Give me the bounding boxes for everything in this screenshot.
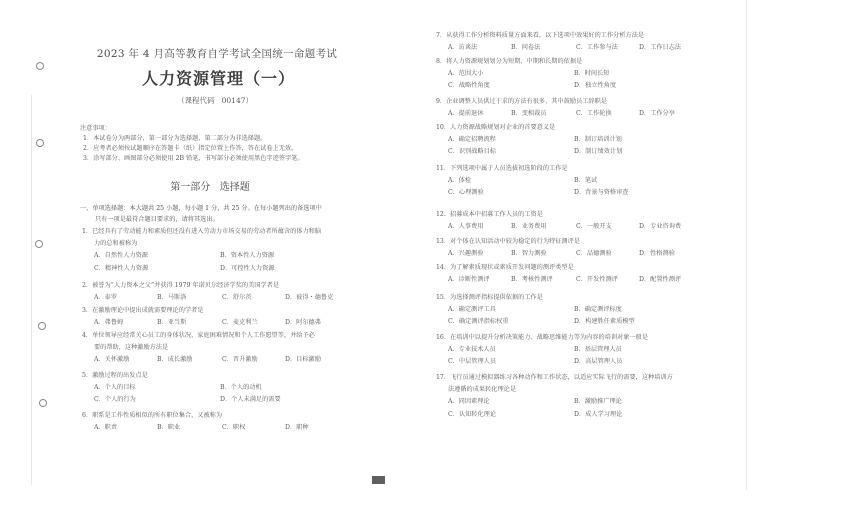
- option-row: A．兴趣测验B．智力测验C．品德测验D．性格测验: [436, 248, 736, 260]
- section-heading-line: 只有一项是最符合题目要求的，请将其选出。: [80, 214, 370, 225]
- question-stem: 12．招募成本中招募工作人员的工资是: [436, 209, 736, 221]
- binding-hole-icon: [35, 240, 43, 248]
- question-stem: 1．已经具有了劳动能力和素质但还没有进入劳动力市场交易的劳动者所蕴含的体力和脑: [82, 226, 382, 238]
- question-stem: 15．为选择测评指标提供依据的工作是: [436, 292, 736, 304]
- option-row: A．个人的目标B．个人的动机: [82, 382, 382, 394]
- answer-option-C: C．认知转化理论: [448, 409, 496, 418]
- answer-option-D: D．性格测验: [639, 248, 675, 257]
- answer-option-A: A．人事费用: [448, 221, 483, 230]
- option-row: A．诊断性测评B．考核性测评C．开发性测评D．配置性测评: [436, 274, 736, 286]
- answer-option-D: D．背景与资格审查: [574, 187, 628, 196]
- question-stem: 力的总和被称为: [82, 238, 382, 250]
- answer-option-A: A．兴趣测验: [448, 248, 483, 257]
- answer-option-D: D．工作日志法: [639, 42, 681, 51]
- scan-edge-right: [746, 0, 747, 490]
- question-stem: 6．职系是工作性质相似的所有职位集合，又被称为: [82, 410, 382, 422]
- answer-option-D: D．高层管理人员: [574, 356, 622, 365]
- option-row: C．战略性角度D．独立性角度: [436, 80, 736, 92]
- option-row: A．范围大小B．时间长短: [436, 68, 736, 80]
- question-2: 2．被誉为“人力资本之父”并获得 1979 年诺贝尔经济学奖的美国学者是A．泰罗…: [82, 280, 382, 304]
- section-heading-line: 一、单项选择题：本大题共 25 小题，每小题 1 分，共 25 分。在每小题列出…: [80, 203, 370, 214]
- answer-option-B: B．个人的动机: [220, 382, 262, 391]
- notice-heading: 注意事项：: [80, 123, 360, 133]
- notice-item: 1．本试卷分为两部分，第一部分为选择题，第二部分为非选择题。: [80, 133, 360, 143]
- question-stem: 2．被誉为“人力资本之父”并获得 1979 年诺贝尔经济学奖的美国学者是: [82, 280, 382, 292]
- answer-option-A: A．确定测评工具: [448, 304, 496, 313]
- answer-option-B: B．问卷法: [511, 42, 540, 51]
- question-13: 13．对个体在认知活动中较为稳定的行为特征测评是A．兴趣测验B．智力测验C．品德…: [436, 236, 736, 260]
- answer-option-D: D．成人学习理论: [574, 409, 622, 418]
- option-row: C．识别战略目标D．制订绩效计划: [436, 146, 736, 158]
- question-16: 16．在培训中以提升分析决策能力、战略思维能力等为内容的培训对象一般是A．专业技…: [436, 332, 736, 369]
- scan-edge-left: [31, 95, 32, 485]
- answer-option-C: C．品德测验: [576, 248, 612, 257]
- answer-option-D: D．阿尔德弗: [285, 317, 321, 326]
- question-stem: 5．激励过程的出发点是: [82, 370, 382, 382]
- answer-option-B: B．变相裁员: [511, 108, 546, 117]
- answer-option-B: B．笔试: [574, 175, 597, 184]
- question-4: 4．单位领导应经常关心员工的身体状况、家庭困难情况和个人工作愿望等，并给予必要的…: [82, 330, 382, 367]
- question-3: 3．在激励理论中提出成就需要理论的学者是A．弗鲁姆B．亚当斯C．麦克利兰D．阿尔…: [82, 305, 382, 329]
- option-row: A．同因素理论B．激励推广理论: [436, 396, 736, 408]
- subject-title: 人力资源管理（一）: [142, 66, 292, 89]
- question-stem: 8．将人力资源规划划分为短期、中期和长期的依据是: [436, 56, 736, 68]
- answer-option-C: C．个人的行为: [94, 394, 136, 403]
- answer-option-C: C．确定测评指标权重: [448, 316, 508, 325]
- answer-option-B: B．业务费用: [511, 221, 546, 230]
- answer-option-C: C．开发性测评: [576, 274, 618, 283]
- answer-option-B: B．成长激励: [157, 354, 192, 363]
- option-row: C．心理测验D．背景与资格审查: [436, 187, 736, 199]
- answer-option-A: A．专业技术人员: [448, 344, 496, 353]
- option-row: A．人事费用B．业务费用C．一般开支D．专业咨询费: [436, 221, 736, 233]
- question-stem: 10．人力资源战略规划对企业的首要意义是: [436, 122, 736, 134]
- answer-option-C: C．工作参与法: [576, 42, 618, 51]
- course-code: （课程代码 00147）: [160, 95, 270, 106]
- answer-option-B: B．智力测验: [511, 248, 546, 257]
- answer-option-D: D．独立性角度: [574, 80, 616, 89]
- exam-title: 2023 年 4 月高等教育自学考试全国统一命题考试: [92, 46, 342, 61]
- option-row: A．自然性人力资源B．资本性人力资源: [82, 250, 382, 262]
- answer-option-C: C．麦克利兰: [222, 317, 258, 326]
- answer-option-B: B．时间长短: [574, 68, 609, 77]
- question-stem: 7．从获得工作分析资料质量方面来看，以下选项中效果好的工作分析方法是: [436, 30, 736, 42]
- question-1: 1．已经具有了劳动能力和素质但还没有进入劳动力市场交易的劳动者所蕴含的体力和脑力…: [82, 226, 382, 275]
- answer-option-D: D．构建胜任素质模型: [574, 316, 635, 325]
- option-row: C．个人的行为D．个人未满足的需要: [82, 394, 382, 406]
- answer-option-A: A．弗鲁姆: [94, 317, 123, 326]
- option-row: C．认知转化理论D．成人学习理论: [436, 409, 736, 421]
- notice-block: 注意事项： 1．本试卷分为两部分，第一部分为选择题，第二部分为非选择题。 2．应…: [80, 123, 360, 163]
- question-stem: 13．对个体在认知活动中较为稳定的行为特征测评是: [436, 236, 736, 248]
- question-stem: 9．企业调整人员供过于求的方法有很多，其中鼓励员工辞职是: [436, 96, 736, 108]
- answer-option-A: A．范围大小: [448, 68, 483, 77]
- answer-option-D: D．配置性测评: [639, 274, 681, 283]
- answer-option-C: C．精神性人力资源: [94, 263, 148, 272]
- answer-option-B: B．激励推广理论: [574, 396, 622, 405]
- question-11: 11．下列选项中属于人员选拔初选阶段的工作是A．体检B．笔试C．心理测验D．背景…: [436, 163, 736, 200]
- page-marker: [372, 476, 385, 484]
- question-14: 14．为了解素质现状或素质开发问题的测评类型是A．诊断性测评B．考核性测评C．开…: [436, 262, 736, 286]
- answer-option-B: B．马斯洛: [157, 292, 186, 301]
- option-row: C．精神性人力资源D．可控性人力资源: [82, 263, 382, 275]
- option-row: C．中层管理人员D．高层管理人员: [436, 356, 736, 368]
- answer-option-A: A．访谈法: [448, 42, 477, 51]
- question-stem: 要的帮助，这种激励方法是: [82, 342, 382, 354]
- answer-option-B: B．考核性测评: [511, 274, 553, 283]
- answer-option-D: D．个人未满足的需要: [220, 394, 281, 403]
- option-row: A．专业技术人员B．基层管理人员: [436, 344, 736, 356]
- answer-option-D: D．制订绩效计划: [574, 146, 622, 155]
- answer-option-A: A．体检: [448, 175, 471, 184]
- question-stem: 11．下列选项中属于人员选拔初选阶段的工作是: [436, 163, 736, 175]
- answer-option-B: B．制订培训计划: [574, 134, 622, 143]
- answer-option-B: B．职业: [157, 422, 180, 431]
- option-row: A．提前退休B．变相裁员C．工作轮换D．工作分享: [436, 108, 736, 120]
- binding-hole-icon: [36, 62, 44, 70]
- answer-option-A: A．确定招聘流程: [448, 134, 496, 143]
- question-stem: 14．为了解素质现状或素质开发问题的测评类型是: [436, 262, 736, 274]
- answer-option-A: A．关怀激励: [94, 354, 129, 363]
- option-row: C．确定测评指标权重D．构建胜任素质模型: [436, 316, 736, 328]
- answer-option-D: D．可控性人力资源: [220, 263, 274, 272]
- option-row: A．体检B．笔试: [436, 175, 736, 187]
- answer-option-C: C．工作轮换: [576, 108, 612, 117]
- question-12: 12．招募成本中招募工作人员的工资是A．人事费用B．业务费用C．一般开支D．专业…: [436, 209, 736, 233]
- answer-option-B: B．确定测评标度: [574, 304, 622, 313]
- option-row: A．确定招聘流程B．制订培训计划: [436, 134, 736, 146]
- question-6: 6．职系是工作性质相似的所有职位集合，又被称为A．职责B．职业C．职权D．职种: [82, 410, 382, 434]
- question-5: 5．激励过程的出发点是A．个人的目标B．个人的动机C．个人的行为D．个人未满足的…: [82, 370, 382, 407]
- question-9: 9．企业调整人员供过于求的方法有很多，其中鼓励员工辞职是A．提前退休B．变相裁员…: [436, 96, 736, 120]
- question-stem: 3．在激励理论中提出成就需要理论的学者是: [82, 305, 382, 317]
- answer-option-C: C．中层管理人员: [448, 356, 496, 365]
- answer-option-D: D．工作分享: [639, 108, 675, 117]
- question-stem: 17．飞行员通过模拟器练习各种动作和工作状态，以适应实际飞行的需要，这种培训方: [436, 372, 736, 384]
- option-row: A．弗鲁姆B．亚当斯C．麦克利兰D．阿尔德弗: [82, 317, 382, 329]
- binding-hole-icon: [38, 322, 46, 330]
- answer-option-A: A．职责: [94, 422, 117, 431]
- answer-option-C: C．识别战略目标: [448, 146, 496, 155]
- answer-option-A: A．诊断性测评: [448, 274, 490, 283]
- binding-hole-icon: [36, 139, 44, 147]
- answer-option-C: C．心理测验: [448, 187, 484, 196]
- question-stem: 法遵循的成果转化理论是: [436, 384, 736, 396]
- answer-option-B: B．基层管理人员: [574, 344, 622, 353]
- answer-option-B: B．资本性人力资源: [220, 250, 274, 259]
- answer-option-D: D．目标激励: [285, 354, 321, 363]
- question-7: 7．从获得工作分析资料质量方面来看，以下选项中效果好的工作分析方法是A．访谈法B…: [436, 30, 736, 54]
- part-one-title: 第一部分 选择题: [150, 178, 270, 193]
- answer-option-A: A．个人的目标: [94, 382, 136, 391]
- answer-option-C: C．职权: [222, 422, 245, 431]
- answer-option-D: D．职种: [285, 422, 309, 431]
- option-row: A．职责B．职业C．职权D．职种: [82, 422, 382, 434]
- answer-option-C: C．舒尔茨: [222, 292, 251, 301]
- question-stem: 16．在培训中以提升分析决策能力、战略思维能力等为内容的培训对象一般是: [436, 332, 736, 344]
- answer-option-C: C．战略性角度: [448, 80, 490, 89]
- answer-option-D: D．彼得・德鲁克: [285, 292, 333, 301]
- option-row: A．访谈法B．问卷法C．工作参与法D．工作日志法: [436, 42, 736, 54]
- notice-item: 2．应考者必须按试题顺序在答题卡（纸）指定位置上作答，答在试卷上无效。: [80, 143, 360, 153]
- answer-option-A: A．同因素理论: [448, 396, 490, 405]
- section-heading: 一、单项选择题：本大题共 25 小题，每小题 1 分，共 25 分。在每小题列出…: [80, 203, 370, 225]
- answer-option-C: C．晋升激励: [222, 354, 258, 363]
- binding-hole-icon: [39, 399, 47, 407]
- answer-option-C: C．一般开支: [576, 221, 612, 230]
- option-row: A．泰罗B．马斯洛C．舒尔茨D．彼得・德鲁克: [82, 292, 382, 304]
- question-15: 15．为选择测评指标提供依据的工作是A．确定测评工具B．确定测评标度C．确定测评…: [436, 292, 736, 329]
- answer-option-A: A．泰罗: [94, 292, 117, 301]
- question-stem: 4．单位领导应经常关心员工的身体状况、家庭困难情况和个人工作愿望等，并给予必: [82, 330, 382, 342]
- answer-option-A: A．自然性人力资源: [94, 250, 148, 259]
- question-10: 10．人力资源战略规划对企业的首要意义是A．确定招聘流程B．制订培训计划C．识别…: [436, 122, 736, 159]
- answer-option-A: A．提前退休: [448, 108, 483, 117]
- question-8: 8．将人力资源规划划分为短期、中期和长期的依据是A．范围大小B．时间长短C．战略…: [436, 56, 736, 93]
- option-row: A．关怀激励B．成长激励C．晋升激励D．目标激励: [82, 354, 382, 366]
- answer-option-B: B．亚当斯: [157, 317, 186, 326]
- option-row: A．确定测评工具B．确定测评标度: [436, 304, 736, 316]
- question-17: 17．飞行员通过模拟器练习各种动作和工作状态，以适应实际飞行的需要，这种培训方法…: [436, 372, 736, 421]
- notice-item: 3．涂写部分、画图部分必须使用 2B 铅笔，书写部分必须使用黑色字迹签字笔。: [80, 153, 360, 163]
- answer-option-D: D．专业咨询费: [639, 221, 681, 230]
